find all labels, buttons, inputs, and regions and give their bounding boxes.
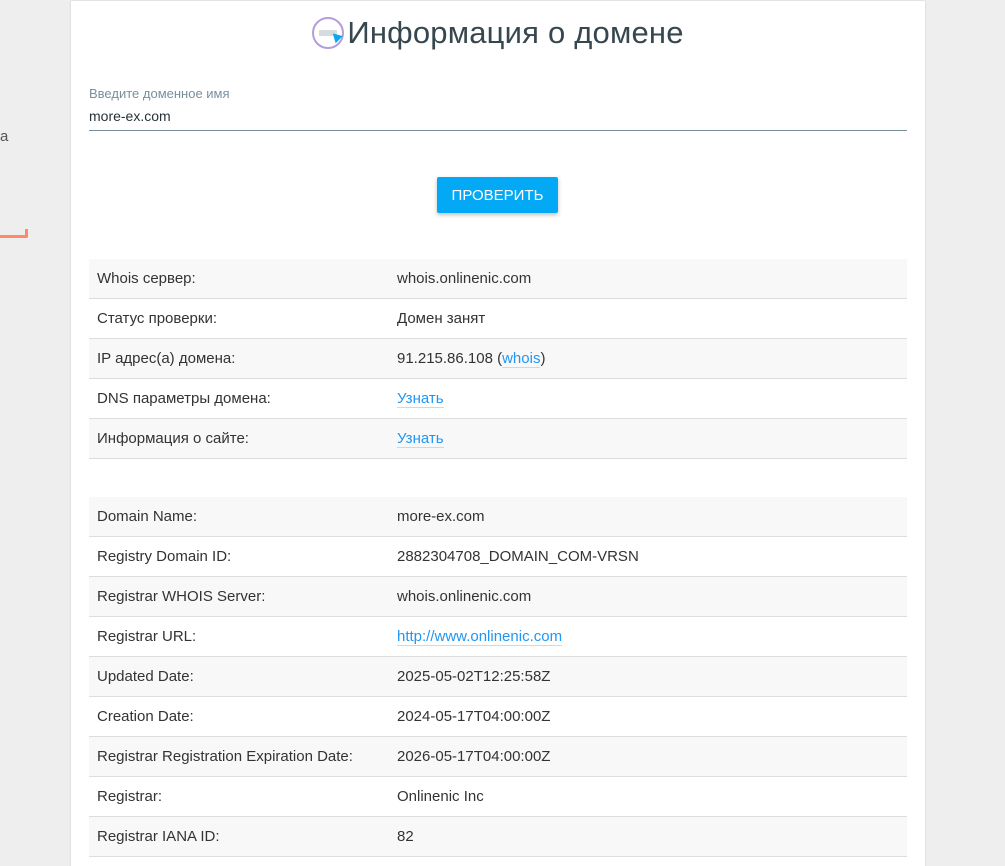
row-key: Registrar: [89,777,389,817]
table-row: Registrar Registration Expiration Date: … [89,737,907,777]
whois-table: Domain Name: more-ex.com Registry Domain… [89,497,907,857]
row-value: whois.onlinenic.com [389,577,907,617]
domain-input[interactable] [89,103,907,131]
row-value: 2026-05-17T04:00:00Z [389,737,907,777]
table-row: Creation Date: 2024-05-17T04:00:00Z [89,697,907,737]
paren-close: ) [540,350,545,367]
domain-field: Введите доменное имя [89,86,907,131]
row-key: IP адрес(а) домена: [89,339,389,379]
domain-info-card: Информация о домене Введите доменное имя… [71,1,925,866]
registrar-url-link[interactable]: http://www.onlinenic.com [397,628,562,646]
row-key: DNS параметры домена: [89,379,389,419]
page-header: Информация о домене [71,15,925,51]
row-value: Узнать [389,379,907,419]
dns-info-link[interactable]: Узнать [397,390,444,408]
status-value: Домен занят [389,299,907,339]
row-key: Creation Date: [89,697,389,737]
table-row: DNS параметры домена: Узнать [89,379,907,419]
row-key: Domain Name: [89,497,389,537]
table-row: IP адрес(а) домена: 91.215.86.108 (whois… [89,339,907,379]
ip-address: 91.215.86.108 ( [397,350,502,367]
site-info-link[interactable]: Узнать [397,430,444,448]
row-key: Информация о сайте: [89,419,389,459]
table-row: Registrar IANA ID: 82 [89,817,907,857]
row-value: 91.215.86.108 (whois) [389,339,907,379]
table-row: Registry Domain ID: 2882304708_DOMAIN_CO… [89,537,907,577]
table-row: Registrar URL: http://www.onlinenic.com [89,617,907,657]
background-decoration [0,229,28,238]
domain-search-icon [312,17,344,49]
row-key: Registrar IANA ID: [89,817,389,857]
table-row: Статус проверки: Домен занят [89,299,907,339]
ip-whois-link[interactable]: whois [502,350,540,368]
row-value: whois.onlinenic.com [389,259,907,299]
row-key: Registrar Registration Expiration Date: [89,737,389,777]
table-row: Domain Name: more-ex.com [89,497,907,537]
row-value: 2025-05-02T12:25:58Z [389,657,907,697]
table-row: Updated Date: 2025-05-02T12:25:58Z [89,657,907,697]
summary-table: Whois сервер: whois.onlinenic.com Статус… [89,259,907,459]
row-value: Узнать [389,419,907,459]
domain-field-label: Введите доменное имя [89,86,907,101]
page-title: Информация о домене [347,15,683,51]
check-button[interactable]: ПРОВЕРИТЬ [437,177,558,213]
row-key: Registrar WHOIS Server: [89,577,389,617]
row-value: 2882304708_DOMAIN_COM-VRSN [389,537,907,577]
row-value: 82 [389,817,907,857]
row-value: http://www.onlinenic.com [389,617,907,657]
row-value: Onlinenic Inc [389,777,907,817]
table-row: Registrar: Onlinenic Inc [89,777,907,817]
row-key: Whois сервер: [89,259,389,299]
table-row: Whois сервер: whois.onlinenic.com [89,259,907,299]
background-text-fragment: а [0,128,8,145]
row-key: Registry Domain ID: [89,537,389,577]
row-key: Registrar URL: [89,617,389,657]
row-key: Статус проверки: [89,299,389,339]
row-value: more-ex.com [389,497,907,537]
table-row: Информация о сайте: Узнать [89,419,907,459]
row-value: 2024-05-17T04:00:00Z [389,697,907,737]
table-row: Registrar WHOIS Server: whois.onlinenic.… [89,577,907,617]
row-key: Updated Date: [89,657,389,697]
